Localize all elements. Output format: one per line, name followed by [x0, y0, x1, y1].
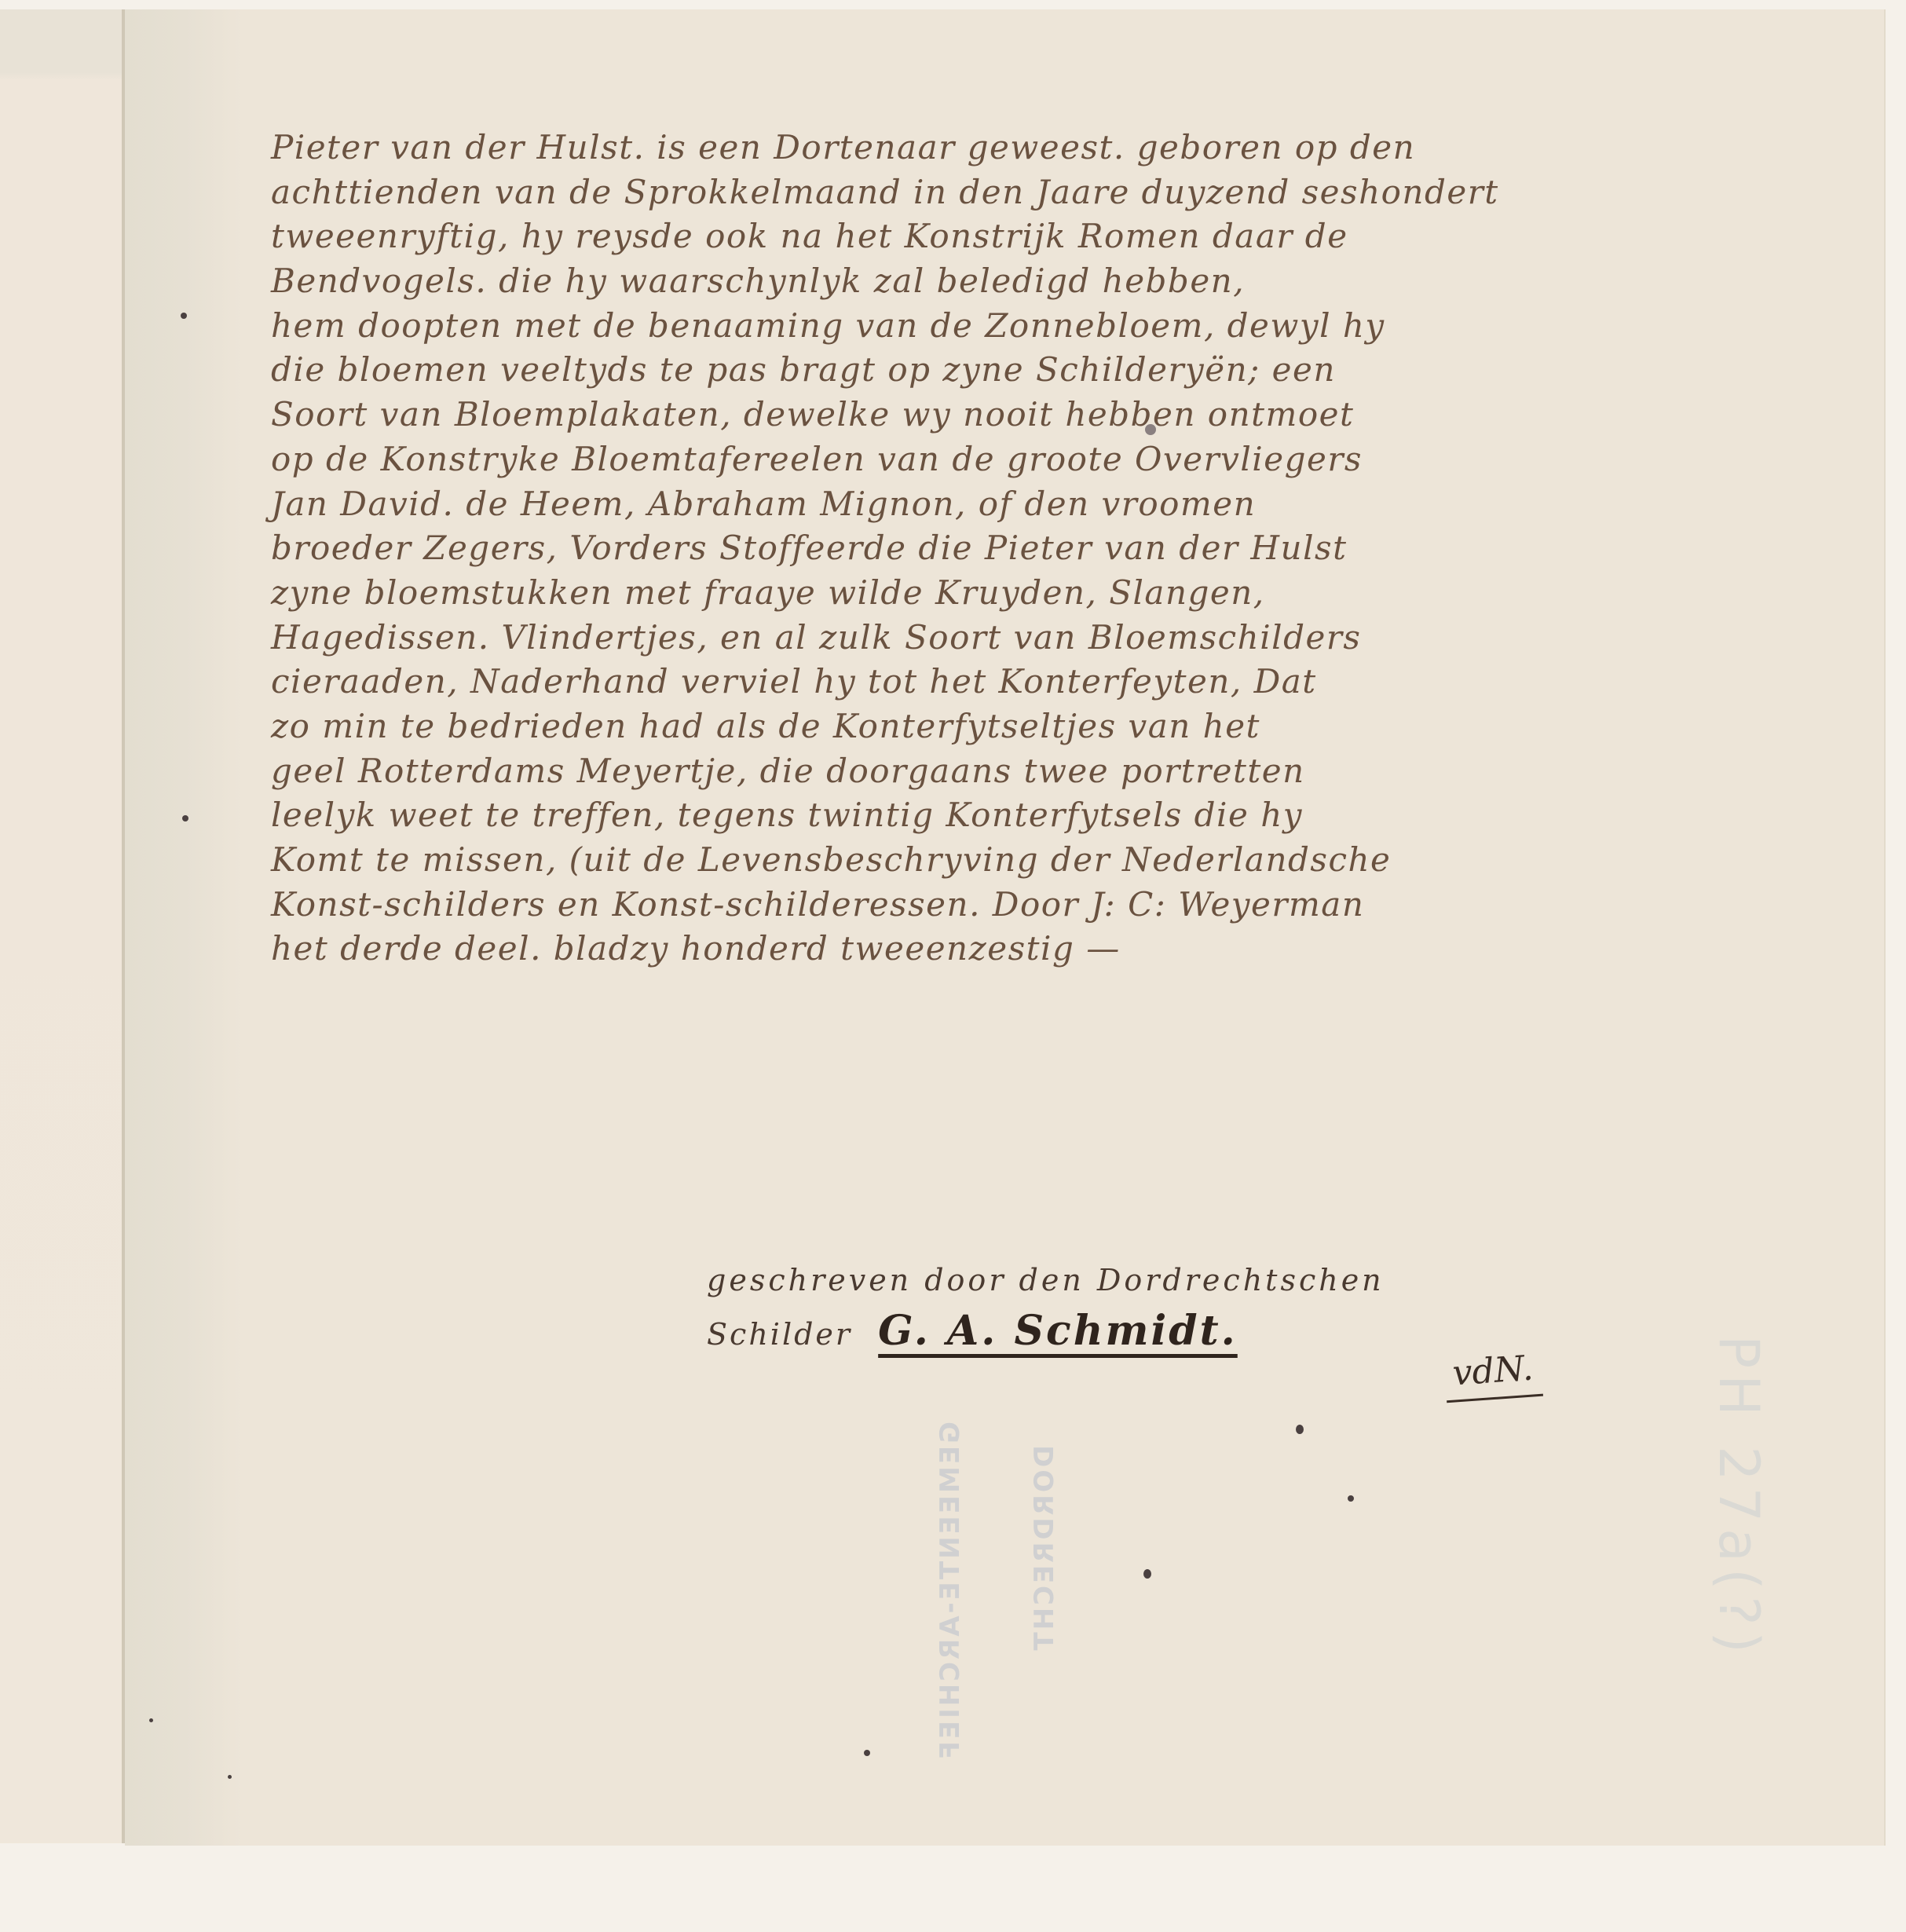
text-line: Hagedissen. Vlindertjes, en al zulk Soor…: [271, 616, 1857, 660]
pencil-margin-note: PH 27a(?): [1707, 1335, 1771, 1659]
text-line: Konst-schilders en Konst-schilderessen. …: [271, 883, 1857, 928]
text-line: cieraaden, Naderhand verviel hy tot het …: [271, 660, 1857, 704]
ink-speck: [1348, 1495, 1354, 1502]
text-line: hem doopten met de benaaming van de Zonn…: [271, 304, 1857, 349]
signature-prefix: Schilder: [707, 1317, 852, 1352]
stamp-text-top: GEMEENTE-ARCHIEF: [935, 1422, 966, 1762]
ink-speck: [182, 815, 188, 821]
signature-attribution: geschreven door den Dordrechtschen: [707, 1257, 1385, 1304]
signature-block: geschreven door den Dordrechtschen Schil…: [707, 1257, 1385, 1359]
signature-mark: vdN.: [1443, 1348, 1543, 1403]
text-line: zo min te bedrieden had als de Konterfyt…: [271, 704, 1857, 749]
ink-speck: [1296, 1425, 1304, 1434]
text-line: het derde deel. bladzy honderd tweeenzes…: [271, 927, 1857, 971]
text-line: Pieter van der Hulst. is een Dortenaar g…: [271, 126, 1857, 170]
ink-speck: [181, 313, 187, 319]
text-line: Jan David. de Heem, Abraham Mignon, of d…: [271, 482, 1857, 527]
text-line: leelyk weet te treffen, tegens twintig K…: [271, 793, 1857, 838]
signature-line: Schilder G. A. Schmidt.: [707, 1304, 1385, 1359]
manuscript-body: Pieter van der Hulst. is een Dortenaar g…: [271, 126, 1857, 971]
ink-speck: [149, 1718, 153, 1722]
text-line: Soort van Bloemplakaten, dewelke wy nooi…: [271, 393, 1857, 437]
text-line: op de Konstryke Bloemtafereelen van de g…: [271, 437, 1857, 482]
text-line: broeder Zegers, Vorders Stoffeerde die P…: [271, 526, 1857, 571]
facing-page-edge: [0, 9, 122, 1843]
text-line: zyne bloemstukken met fraaye wilde Kruyd…: [271, 571, 1857, 616]
gutter-shadow: [125, 9, 243, 1846]
text-line: die bloemen veeltyds te pas bragt op zyn…: [271, 348, 1857, 393]
text-line: geel Rotterdams Meyertje, die doorgaans …: [271, 749, 1857, 794]
text-line: Bendvogels. die hy waarschynlyk zal bele…: [271, 259, 1857, 304]
ink-speck: [1145, 424, 1156, 435]
archive-stamp-showthrough: GEMEENTE-ARCHIEF DORDRECHT: [887, 1406, 1123, 1641]
text-line: tweeenryftig, hy reysde ook na het Konst…: [271, 214, 1857, 259]
signature-name: G. A. Schmidt.: [878, 1307, 1238, 1355]
text-line: achttienden van de Sprokkelmaand in den …: [271, 170, 1857, 215]
stamp-text-bottom: DORDRECHT: [1029, 1445, 1060, 1653]
text-line: Komt te missen, (uit de Levensbeschryvin…: [271, 838, 1857, 883]
ink-speck: [228, 1775, 232, 1779]
ink-speck: [864, 1750, 870, 1756]
ink-speck: [1143, 1569, 1151, 1579]
